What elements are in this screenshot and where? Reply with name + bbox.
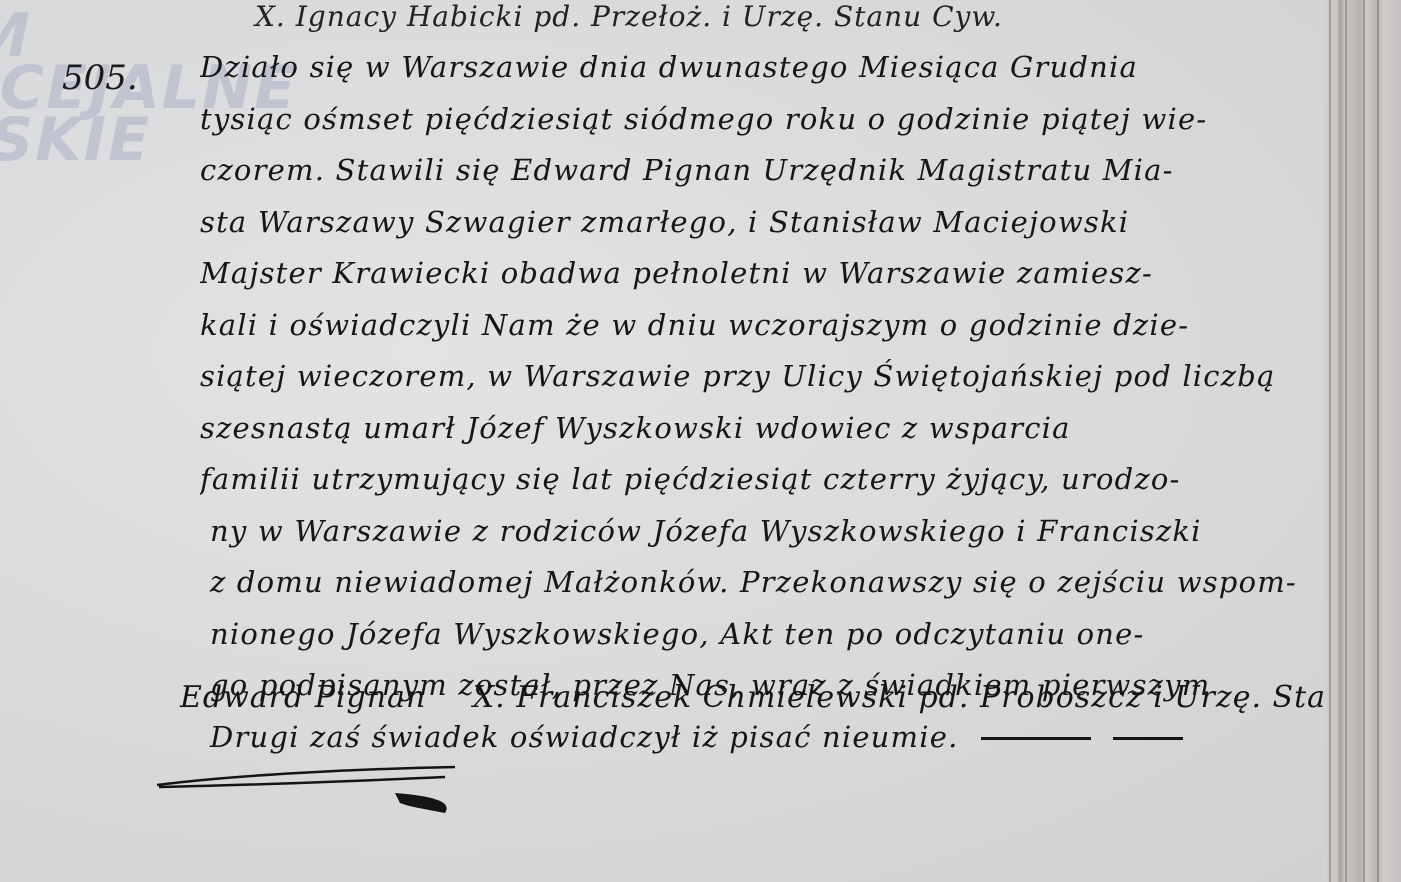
document-page: M CEJALNE SKIE X. Ignacy Habicki pd. Prz… xyxy=(0,0,1401,882)
record-line: z domu niewiadomej Małżonków. Przekonaws… xyxy=(200,557,1310,609)
record-line: kali i oświadczyli Nam że w dniu wczoraj… xyxy=(200,300,1310,352)
signatures: Edward Pignan X. Franciszek Chmielewski … xyxy=(180,680,1330,715)
book-binding-edge xyxy=(1323,0,1401,882)
record-line-text: Drugi zaś świadek oświadczył iż pisać ni… xyxy=(210,720,959,754)
record-line: familii utrzymujący się lat pięćdziesiąt… xyxy=(200,454,1310,506)
entry-number: 505. xyxy=(62,58,138,98)
official-signature: X. Franciszek Chmielewski pd. Proboszcz … xyxy=(473,680,1401,715)
record-line: tysiąc ośmset pięćdziesiąt siódmego roku… xyxy=(200,94,1310,146)
record-line: czorem. Stawili się Edward Pignan Urzędn… xyxy=(200,145,1310,197)
end-dash xyxy=(981,737,1091,740)
record-line: siątej wieczorem, w Warszawie przy Ulicy… xyxy=(200,351,1310,403)
witness-signature: Edward Pignan xyxy=(180,680,426,715)
header-annotation: X. Ignacy Habicki pd. Przełoż. i Urzę. S… xyxy=(255,0,1003,33)
end-dash xyxy=(1113,737,1183,740)
signature-flourish xyxy=(155,765,475,815)
record-line-final: Drugi zaś świadek oświadczył iż pisać ni… xyxy=(200,712,1310,764)
record-body: Działo się w Warszawie dnia dwunastego M… xyxy=(200,42,1310,763)
record-line: Majster Krawiecki obadwa pełnoletni w Wa… xyxy=(200,248,1310,300)
record-line: ny w Warszawie z rodziców Józefa Wyszkow… xyxy=(200,506,1310,558)
record-line: szesnastą umarł Józef Wyszkowski wdowiec… xyxy=(200,403,1310,455)
record-line: Działo się w Warszawie dnia dwunastego M… xyxy=(200,42,1310,94)
record-line: sta Warszawy Szwagier zmarłego, i Stanis… xyxy=(200,197,1310,249)
record-line: nionego Józefa Wyszkowskiego, Akt ten po… xyxy=(200,609,1310,661)
